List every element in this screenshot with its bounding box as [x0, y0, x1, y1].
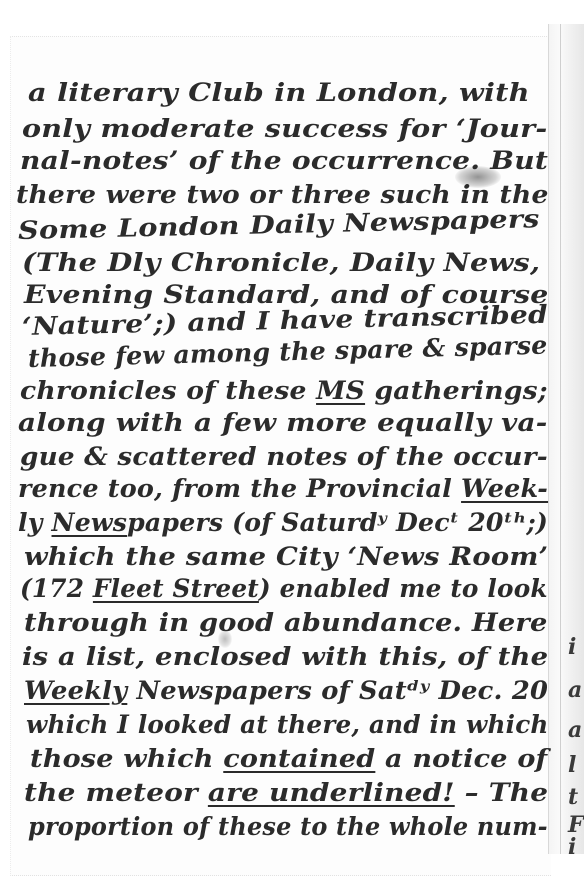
- adjacent-page-fragment: i: [568, 836, 576, 854]
- adjacent-page-edge: i a a l t F i: [566, 24, 584, 854]
- manuscript-line: through in good abundance. Here: [24, 610, 548, 635]
- manuscript-line: is a list, enclosed with this, of the: [22, 644, 548, 669]
- manuscript-line: chronicles of these MS gatherings;: [20, 378, 548, 403]
- manuscript-line: only moderate success for ‘Jour-: [22, 116, 547, 141]
- manuscript-line: along with a few more equally va-: [18, 410, 547, 435]
- manuscript-line: which I looked at there, and in which: [26, 712, 549, 737]
- adjacent-page-fragment: F: [568, 814, 584, 836]
- manuscript-line: (172 Fleet Street) enabled me to look: [20, 576, 548, 601]
- manuscript-scan: i a a l t F i a literary Club in London,…: [0, 0, 584, 888]
- manuscript-line: proportion of these to the whole num-: [28, 814, 548, 839]
- page-fold-line: [560, 24, 561, 854]
- adjacent-page-fragment: a: [568, 719, 582, 741]
- manuscript-line: Weekly Newspapers of Satᵈʸ Dec. 20: [24, 678, 548, 703]
- adjacent-page-fragment: i: [568, 636, 576, 658]
- adjacent-page-fragment: t: [568, 786, 578, 808]
- manuscript-line: gue & scattered notes of the occur-: [20, 444, 548, 469]
- adjacent-page-fragment: a: [568, 679, 582, 701]
- manuscript-line: ly Newspapers (of Saturdʸ Decᵗ 20ᵗʰ;): [18, 510, 548, 535]
- manuscript-line: a literary Club in London, with: [28, 80, 530, 105]
- manuscript-line: which the same City ‘News Room’: [24, 544, 548, 569]
- manuscript-line: those which contained a notice of: [30, 746, 547, 771]
- manuscript-line: nal-notes’ of the occurrence. But: [20, 148, 548, 173]
- adjacent-page-fragment: l: [568, 754, 576, 776]
- manuscript-line: rence too, from the Provincial Week-: [18, 476, 548, 501]
- manuscript-line: the meteor are underlined! – The: [24, 780, 548, 805]
- manuscript-line: there were two or three such in the: [16, 182, 549, 207]
- manuscript-line: (The Dly Chronicle, Daily News,: [22, 250, 540, 275]
